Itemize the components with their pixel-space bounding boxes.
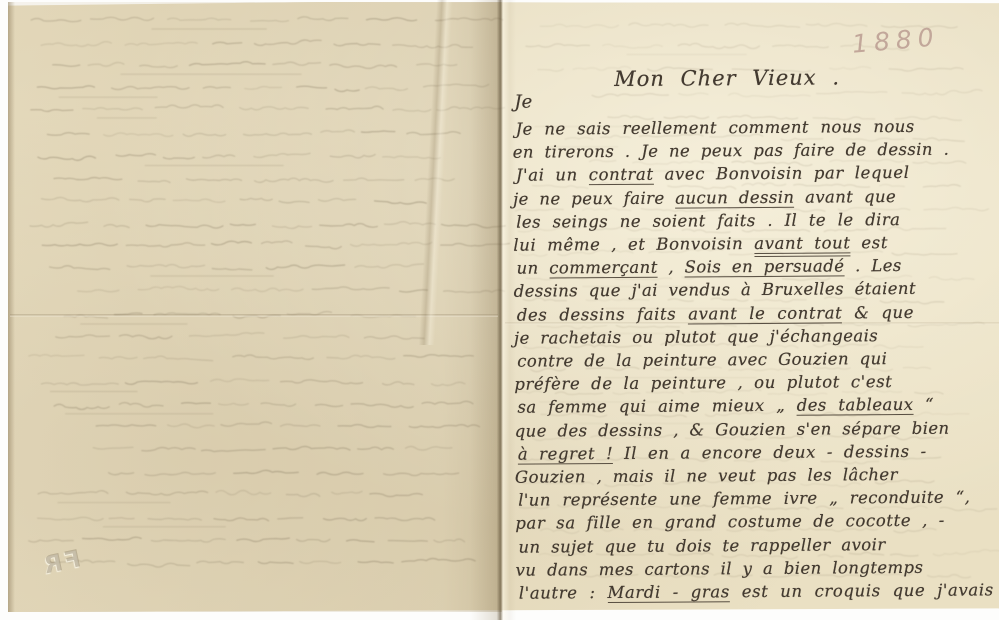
letter-line: je rachetais ou plutot que j'échangeais	[514, 323, 999, 350]
letter-text-segment: . Les	[844, 256, 901, 275]
letter-line: les seings ne soient faits . Il te le di…	[516, 207, 998, 234]
letter-text-segment: un	[516, 259, 549, 278]
letter-text-segment: que des dessins , & Gouzien s'en sépare …	[515, 418, 950, 440]
letter-line: Je ne sais reellement comment nous nous	[515, 114, 997, 141]
letter-text-segment: J'ai un	[516, 166, 589, 186]
letter-line: je ne peux faire aucun dessin avant que	[513, 184, 998, 211]
underlined-phrase: Sois en persuadé	[685, 257, 845, 278]
letter-line: préfère de la peinture , ou plutot c'est	[514, 370, 999, 397]
letter-line: vu dans mes cartons il y a bien longtemp…	[516, 555, 999, 582]
letter-line: que des dessins , & Gouzien s'en sépare …	[515, 416, 999, 443]
underlined-phrase: aucun dessin	[675, 187, 794, 208]
underlined-phrase: commerçant	[549, 258, 658, 279]
letter-body: Je ne sais reellement comment nous nouse…	[512, 114, 999, 605]
letter-text-segment: “	[913, 395, 934, 414]
letter-line: des dessins faits avant le contrat & que	[517, 300, 999, 327]
letter-text-segment: je ne peux faire	[513, 188, 675, 208]
letter-line: à regret ! Il en a encore deux - dessins…	[518, 439, 999, 466]
letter-false-start-flourish: Je	[514, 94, 997, 109]
vertical-crease-left-page	[398, 0, 468, 345]
underlined-phrase: avant le contrat	[688, 303, 842, 324]
letter-line: par sa fille en grand costume de cocotte…	[515, 509, 999, 536]
letter-text-segment: contre de la peinture avec Gouzien qui	[517, 349, 887, 371]
underlined-phrase: à regret !	[518, 444, 614, 465]
letter-text-segment: je rachetais ou plutot que j'échangeais	[514, 326, 878, 348]
letter-text-segment: en tirerons . Je ne peux pas faire de de…	[513, 140, 950, 162]
letter-text-segment: un sujet que tu dois te rappeller avoir	[518, 535, 885, 557]
letter-text-segment: sa femme qui aime mieux „	[517, 396, 796, 417]
letter-line: en tirerons . Je ne peux pas faire de de…	[513, 138, 998, 165]
letter-line: un sujet que tu dois te rappeller avoir	[518, 532, 999, 559]
letter-salutation: Mon Cher Vieux .	[614, 64, 997, 91]
letter-text-segment: est	[850, 233, 888, 252]
letter-recto-text: Mon Cher Vieux . Je Je ne sais reellemen…	[512, 64, 999, 605]
letter-text-segment: vu dans mes cartons il y a bien longtemp…	[516, 558, 924, 580]
letter-text-segment: ,	[658, 258, 685, 277]
underlined-phrase: contrat	[589, 165, 654, 185]
letter-text-segment: Il en a encore deux - dessins -	[613, 442, 927, 463]
letter-line: J'ai un contrat avec Bonvoisin par leque…	[516, 161, 998, 188]
letter-line: Gouzien , mais il ne veut pas les lâcher	[515, 462, 999, 489]
underlined-phrase: des tableaux	[797, 395, 914, 416]
letter-text-segment: Gouzien , mais il ne veut pas les lâcher	[515, 465, 898, 487]
letter-text-segment: par sa fille en grand costume de cocotte…	[515, 511, 945, 533]
letter-text-segment: dessins que j'ai vendus à Bruxelles étai…	[514, 279, 916, 301]
letter-line: dessins que j'ai vendus à Bruxelles étai…	[514, 277, 999, 304]
letter-line: un commerçant , Sois en persuadé . Les	[516, 254, 998, 281]
letter-line: l'autre : Mardi - gras est un croquis qu…	[519, 578, 999, 605]
center-fold-crease	[470, 0, 516, 620]
letter-scan: 1880 FR Mon Cher Vieux . Je Je ne sais r…	[0, 0, 999, 620]
letter-line: sa femme qui aime mieux „ des tableaux “	[517, 393, 999, 420]
letter-text-segment: & que	[842, 303, 914, 323]
letter-text-segment: lui même , et Bonvoisin	[513, 234, 754, 255]
underlined-phrase: avant tout	[754, 233, 850, 257]
letter-line: contre de la peinture avec Gouzien qui	[517, 346, 999, 373]
letter-text-segment: l'un représente une femme ivre „ recondu…	[518, 488, 970, 510]
letter-text-segment: avant que	[794, 187, 896, 207]
letter-text-segment: Je ne sais reellement comment nous nous	[515, 117, 914, 139]
letter-text-segment: l'autre :	[519, 583, 608, 603]
letter-text-segment: des dessins faits	[517, 304, 688, 324]
letter-text-segment: les seings ne soient faits . Il te le di…	[516, 210, 900, 232]
underlined-phrase: Mardi - gras	[607, 582, 730, 603]
letter-line: lui même , et Bonvoisin avant tout est	[513, 230, 998, 257]
letter-text-segment: avec Bonvoisin par lequel	[654, 163, 910, 184]
letter-text-segment: est un croquis que j'avais	[730, 580, 994, 601]
letter-text-segment: préfère de la peinture , ou plutot c'est	[514, 372, 892, 394]
letter-line: l'un représente une femme ivre „ recondu…	[518, 486, 999, 513]
